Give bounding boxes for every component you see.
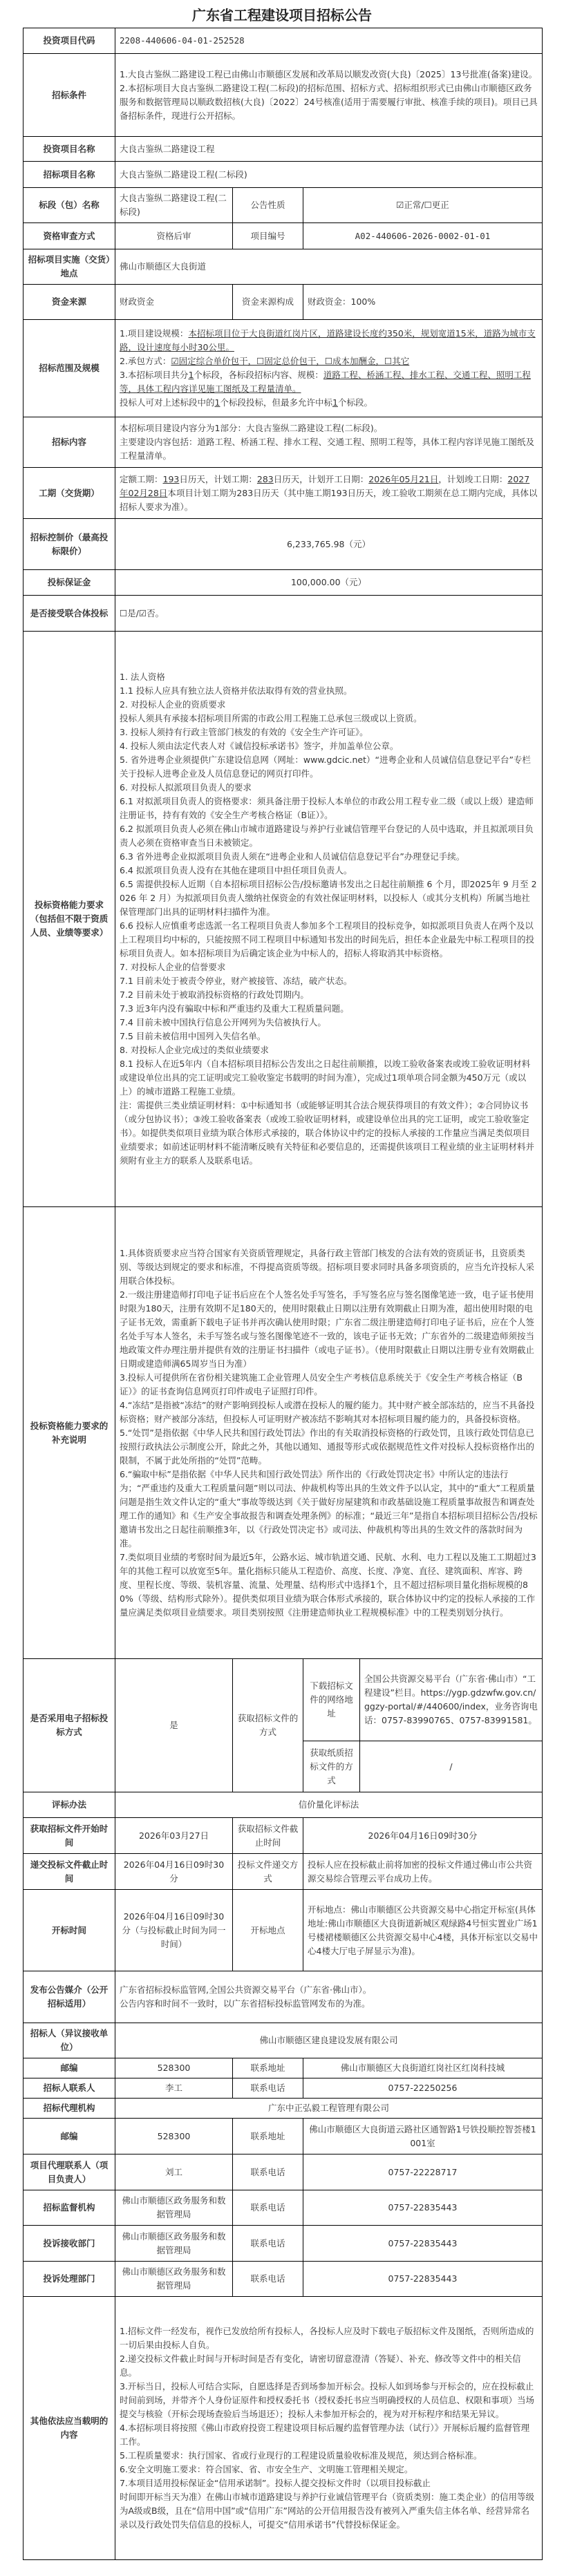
scope-line2-prefix: 2.承包方式： [120, 356, 171, 366]
label-content: 招标内容 [23, 417, 115, 468]
req-line: 1. 法人资格 [120, 670, 538, 684]
row-deposit: 投标保证金 100,000.00（元） [23, 570, 543, 596]
other-line: 3.开标当日，投标人可结合实际，自愿选择是否到场参加开标会。投标人如到场参与开标… [120, 2380, 538, 2421]
agency-address-value: 佛山市顺德区大良街道云路社区通智路1号铁投顺控智荟楼1001室 [303, 2119, 543, 2154]
row-qualification: 资格审查方式 资格后审 项目编号 A02-440606-2026-0002-01… [23, 223, 543, 249]
label-control-price: 招标控制价（最高投标限价） [23, 519, 115, 570]
submission-method-value: 投标人应在投标截止前将加密的投标文件通过佛山市公共资源交易综合管理云平台成功上传… [303, 1854, 543, 1890]
label-complaint-handle: 投诉处理部门 [23, 2262, 115, 2297]
row-tenderer-contact: 招标人联系人 李工 联系电话 0757-22250256 [23, 2078, 543, 2099]
label-doc-start: 获取招标文件开始时间 [23, 1818, 115, 1854]
supp-line: 2.一级注册建造师打印电子证书后应在个人签名处手写签名，手写签名应与签名图像笔迹… [120, 1288, 538, 1371]
investment-name-value: 大良古鉴纵二路建设工程 [115, 137, 543, 162]
paper-doc-value: / [360, 1741, 543, 1792]
evaluation-value: 信价量化评标法 [115, 1792, 543, 1818]
row-bid-conditions: 招标条件 1.大良古鉴纵二路建设工程已由佛山市顺德区发展和改革局以顺发改资(大良… [23, 54, 543, 137]
scope-line3-mid: 个标段，各标段招标内容、规模： [194, 370, 323, 380]
label-complaint-receive-phone: 联系电话 [233, 2226, 303, 2262]
other-value: 1.招标文件一经发布，视作已发放给所有投标人，各投标人应及时下载电子版招标文件及… [115, 2297, 543, 2560]
label-tenderer-postcode: 邮编 [23, 2058, 115, 2078]
bid-conditions-value: 1.大良古鉴纵二路建设工程已由佛山市顺德区发展和改革局以顺发改资(大良)〔202… [115, 54, 543, 137]
content-line-1: 本招标项目建设内容分为1部分：大良古鉴纵二路建设工程(二标段)。 [120, 422, 538, 435]
other-line: 6.安全文明施工要求：符合国家、省、市安全生产、文明施工管理相关规定。 [120, 2463, 538, 2476]
duration-start-date: 2026年05月21日 [368, 474, 438, 484]
supp-line: 6.“骗取中标”是指依据《中华人民共和国行政处罚法》所作出的《行政处罚决定书》中… [120, 1468, 538, 1551]
duration-text-c: 日历天，计划开工日期： [274, 474, 369, 484]
supervision-value: 佛山市顺德区政务服务和数据管理局 [115, 2190, 233, 2226]
complaint-handle-value: 佛山市顺德区政务服务和数据管理局 [115, 2262, 233, 2297]
scope-line4-b: 个标段投标，但最多允许中标 [220, 397, 332, 408]
req-line: 7.1 目前未处于被责令停业，财产被接管、冻结，破产状态。 [120, 974, 538, 988]
label-submission-deadline: 递交投标文件截止时间 [23, 1854, 115, 1890]
label-complaint-handle-phone: 联系电话 [233, 2262, 303, 2297]
req-line: 3. 投标人须持有行政主管部门核发的有效的《安全生产许可证》。 [120, 726, 538, 739]
label-scope: 招标范围及规模 [23, 320, 115, 417]
label-funding: 资金来源 [23, 285, 115, 320]
label-agency-phone: 联系电话 [233, 2154, 303, 2190]
row-submission: 递交投标文件截止时间 2026年04月16日09时30分 投标文件递交方式 投标… [23, 1854, 543, 1890]
duration-text-e: 本项目计划工期为283日历天（其中施工期193日历天，竣工验收工期须在总工期内完… [120, 488, 538, 512]
complaint-receive-value: 佛山市顺德区政务服务和数据管理局 [115, 2226, 233, 2262]
label-deposit: 投标保证金 [23, 570, 115, 596]
duration-text-b: 日历天，计划工期： [179, 474, 257, 484]
supplement-value: 1.具体资质要求应当符合国家有关资质管理规定，具备行政主管部门核发的合法有效的资… [115, 1207, 543, 1659]
label-consortium: 是否接受联合体投标 [23, 596, 115, 632]
opening-time-value: 2026年04月16日09时30分（与投标截止时间为同一时间） [115, 1890, 233, 1971]
label-bid-conditions: 招标条件 [23, 54, 115, 137]
scope-line3-prefix: 3.本招标项目共分 [120, 370, 188, 380]
row-complaint-handle: 投诉处理部门 佛山市顺德区政务服务和数据管理局 联系电话 0757-228354… [23, 2262, 543, 2297]
notice-table: 投资项目代码 2208-440606-04-01-252528 招标条件 1.大… [23, 28, 543, 2560]
label-tenderer: 招标人（异议接收单位） [23, 2023, 115, 2058]
content-value: 本招标项目建设内容分为1部分：大良古鉴纵二路建设工程(二标段)。 主要建设内容包… [115, 417, 543, 468]
other-line: 5.工程质量要求：执行国家、省或行业现行的工程建设质量验收标准及规范，须达到合格… [120, 2449, 538, 2463]
req-line: 6.2 拟派项目负责人必须在佛山市城市道路建设与养护行业诚信管理平台登记的人员中… [120, 822, 538, 850]
req-line: 2. 对投标人企业的资质要求 [120, 698, 538, 712]
label-investment-code: 投资项目代码 [23, 28, 115, 54]
other-line: 时间即开标当天为准）在佛山市城市道路建设与养护行业诚信管理平台（资质类别：施工类… [120, 2490, 538, 2532]
label-qualification: 资格审查方式 [23, 223, 115, 249]
req-line: 7.3 近3年内没有骗取中标和严重违约及重大工程质量问题。 [120, 1002, 538, 1016]
agency-phone-value: 0757-22228717 [303, 2154, 543, 2190]
scope-line1-prefix: 1.项目建设规模： [120, 328, 188, 339]
notice-nature-value: ☑正常/☐更正 [303, 188, 543, 223]
label-other: 其他依法应当载明的内容 [23, 2297, 115, 2560]
req-line: 6.1 对拟派项目负责人的资格要求：须具备注册于投标人本单位的市政公用工程专业二… [120, 795, 538, 822]
label-tender-name: 招标项目名称 [23, 162, 115, 188]
label-requirements: 投标资格能力要求（包括但不限于资质人员、业绩等要求） [23, 632, 115, 1207]
label-location: 招标项目实施（交货）地点 [23, 249, 115, 285]
req-line: 6.6 投标人应慎重考虑选派一名工程项目负责人参加多个工程项目的投标竞争，如拟派… [120, 919, 538, 960]
duration-text-d: ，计划竣工日期： [438, 474, 507, 484]
label-agency: 招标代理机构 [23, 2099, 115, 2119]
online-address-value[interactable]: 全国公共资源交易平台（广东省·佛山市）“工程建设”栏目。https://ygp.… [360, 1659, 543, 1741]
req-line: 6.3 省外进粤企业拟派项目负责人须在“进粤企业和人员诚信信息登记平台”办理登记… [120, 850, 538, 864]
row-duration: 工期（交货期） 定额工期：193日历天，计划工期：283日历天，计划开工日期：2… [23, 468, 543, 519]
req-line: 投标人须具有承接本招标项目所需的市政公用工程施工总承包三级或以上资质。 [120, 712, 538, 726]
req-line: 1.1 投标人应具有独立法人资格并依法取得有效的营业执照。 [120, 684, 538, 698]
agency-contact-value: 刘工 [115, 2154, 233, 2190]
row-doc-time: 获取招标文件开始时间 2026年03月27日 获取招标文件截止时间 2026年0… [23, 1818, 543, 1854]
agency-postcode-value: 528300 [115, 2119, 233, 2154]
row-investment-name: 投资项目名称 大良古鉴纵二路建设工程 [23, 137, 543, 162]
supp-line: 4.“冻结”是指被“冻结”的财产影响到投标人或潜在投标人的履约能力。其中财产被全… [120, 1399, 538, 1426]
row-tenderer-postcode: 邮编 528300 联系地址 佛山市顺德区大良街道红岗社区红岗科技城 [23, 2058, 543, 2078]
row-agency-postcode: 邮编 528300 联系地址 佛山市顺德区大良街道云路社区通智路1号铁投顺控智荟… [23, 2119, 543, 2154]
supervision-phone-value: 0757-22835443 [303, 2190, 543, 2226]
row-agency-contact: 项目代理联系人（项目负责人） 刘工 联系电话 0757-22228717 [23, 2154, 543, 2190]
req-line: 7. 对投标人企业的信誉要求 [120, 960, 538, 974]
req-line: 8.1 投标人在近5年内（自本招标项目招标公告发出之日起往前顺推，以竣工验收备案… [120, 1057, 538, 1099]
investment-code-value: 2208-440606-04-01-252528 [115, 28, 543, 54]
label-media: 发布公告媒介（公开招标适用） [23, 1971, 115, 2023]
row-location: 招标项目实施（交货）地点 佛山市顺德区大良街道 [23, 249, 543, 285]
tenderer-postcode-value: 528300 [115, 2058, 233, 2078]
label-supplement: 投标资格能力要求的补充说明 [23, 1207, 115, 1659]
row-e-bidding: 是否采用电子招标投标方式 是 获取招标文件的方式 下载招标文件的网络地址 全国公… [23, 1659, 543, 1741]
control-price-value: 6,233,765.98（元） [115, 519, 543, 570]
req-line: 5. 省外进粤企业须提供广东建设信息网（网址：www.gdcic.net）“进粤… [120, 753, 538, 781]
scope-line4-c: 个标段。 [338, 397, 373, 408]
tenderer-phone-value: 0757-22250256 [303, 2078, 543, 2099]
label-e-bidding: 是否采用电子招标投标方式 [23, 1659, 115, 1792]
row-consortium: 是否接受联合体投标 ☐是/☑否。 [23, 596, 543, 632]
req-line: 6.4 拟派项目负责人没有在其他在建项目中担任项目负责人。 [120, 864, 538, 878]
bid-condition-2: 2.本招标项目大良古鉴纵二路建设工程(二标段)的招标范围、招标方式、招标组织形式… [120, 82, 538, 123]
location-value: 佛山市顺德区大良街道 [115, 249, 543, 285]
row-funding: 资金来源 财政资金 资金来源构成 财政资金：100% [23, 285, 543, 320]
row-agency: 招标代理机构 广东中正弘毅工程管理有限公司 [23, 2099, 543, 2119]
req-line: 8. 对投标人企业完成过的类似业绩要求 [120, 1043, 538, 1057]
complaint-handle-phone-value: 0757-22835443 [303, 2262, 543, 2297]
label-investment-name: 投资项目名称 [23, 137, 115, 162]
supp-line: 7.类似项目业绩的考察时间为最近5年，公路水运、城市轨道交通、民航、水利、电力工… [120, 1551, 538, 1620]
other-line: 2.递交投标文件截止时间与开标时间是否有变化，请密切留意澄清（答疑）、补充、修改… [120, 2352, 538, 2380]
other-line: 7.本项目适用投标保证金“信用承诺制”。投标人提交投标文件时（以项目投标截止 [120, 2476, 538, 2490]
req-line: 7.2 目前未处于被取消投标资格的行政处罚期内。 [120, 988, 538, 1002]
label-agency-contact: 项目代理联系人（项目负责人） [23, 2154, 115, 2190]
doc-end-value: 2026年04月16日09时30分 [303, 1818, 543, 1854]
label-tenderer-phone: 联系电话 [233, 2078, 303, 2099]
consortium-value: ☐是/☑否。 [115, 596, 543, 632]
label-evaluation: 评标办法 [23, 1792, 115, 1818]
deposit-value: 100,000.00（元） [115, 570, 543, 596]
supp-line: 5.“处罚”是指依据《中华人民共和国行政处罚法》作出的有关取消投标资格的行政处罚… [120, 1426, 538, 1468]
label-section: 标段（包）名称 [23, 188, 115, 223]
label-supervision-phone: 联系电话 [233, 2190, 303, 2226]
label-online-address: 下载招标文件的网络地址 [303, 1659, 360, 1741]
tenderer-address-value: 佛山市顺德区大良街道红岗社区红岗科技城 [303, 2058, 543, 2078]
row-supplement: 投标资格能力要求的补充说明 1.具体资质要求应当符合国家有关资质管理规定，具备行… [23, 1207, 543, 1659]
label-duration: 工期（交货期） [23, 468, 115, 519]
label-supervision: 招标监督机构 [23, 2190, 115, 2226]
complaint-receive-phone-value: 0757-22835443 [303, 2226, 543, 2262]
row-supervision: 招标监督机构 佛山市顺德区政务服务和数据管理局 联系电话 0757-228354… [23, 2190, 543, 2226]
opening-place-value: 开标地点：佛山市顺德区公共资源交易中心指定开标室(具体地址:佛山市顺德区大良街道… [303, 1890, 543, 1971]
tenderer-value: 佛山市顺德区建良建设发展有限公司 [115, 2023, 543, 2058]
label-project-code: 项目编号 [233, 223, 303, 249]
scope-value: 1.项目建设规模：本招标项目位于大良街道红岗片区，道路建设长度约350米，规划宽… [115, 320, 543, 417]
row-complaint-receive: 投诉接收部门 佛山市顺德区政务服务和数据管理局 联系电话 0757-228354… [23, 2226, 543, 2262]
label-funding-composition: 资金来源构成 [233, 285, 303, 320]
submission-deadline-value: 2026年04月16日09时30分 [115, 1854, 233, 1890]
row-control-price: 招标控制价（最高投标限价） 6,233,765.98（元） [23, 519, 543, 570]
project-code-value: A02-440606-2026-0002-01-01 [303, 223, 543, 249]
label-notice-nature: 公告性质 [233, 188, 303, 223]
row-tenderer: 招标人（异议接收单位） 佛山市顺德区建良建设发展有限公司 [23, 2023, 543, 2058]
scope-line4-n2: 1 [332, 397, 338, 408]
row-content: 招标内容 本招标项目建设内容分为1部分：大良古鉴纵二路建设工程(二标段)。 主要… [23, 417, 543, 468]
label-agency-postcode: 邮编 [23, 2119, 115, 2154]
supp-line: 3.投标人可提供所在省份相关建筑施工企业管理人员安全生产考核信息系统关于《安全生… [120, 1371, 538, 1399]
supp-line: 1.具体资质要求应当符合国家有关资质管理规定，具备行政主管部门核发的合法有效的资… [120, 1247, 538, 1288]
tender-name-value: 大良古鉴纵二路建设工程(二标段) [115, 162, 543, 188]
row-section: 标段（包）名称 大良古鉴纵二路建设工程(二标段) 公告性质 ☑正常/☐更正 [23, 188, 543, 223]
req-line: 4. 投标人须由法定代表人对《诚信投标承诺书》签字，并加盖单位公章。 [120, 739, 538, 753]
row-investment-code: 投资项目代码 2208-440606-04-01-252528 [23, 28, 543, 54]
agency-value: 广东中正弘毅工程管理有限公司 [115, 2099, 543, 2119]
label-doc-method: 获取招标文件的方式 [233, 1659, 303, 1792]
label-paper-doc: 获取纸质招标文件的方式 [303, 1741, 360, 1792]
qualification-value: 资格后审 [115, 223, 233, 249]
funding-value: 财政资金 [115, 285, 233, 320]
row-tender-name: 招标项目名称 大良古鉴纵二路建设工程(二标段) [23, 162, 543, 188]
row-evaluation: 评标办法 信价量化评标法 [23, 1792, 543, 1818]
section-value: 大良古鉴纵二路建设工程(二标段) [115, 188, 233, 223]
other-line: 1.招标文件一经发布，视作已发放给所有投标人，各投标人应及时下载电子版招标文件及… [120, 2324, 538, 2352]
bid-condition-1: 1.大良古鉴纵二路建设工程已由佛山市顺德区发展和改革局以顺发改资(大良)〔202… [120, 68, 538, 82]
label-submission-method: 投标文件递交方式 [233, 1854, 303, 1890]
req-line: 7.4 目前未被中国执行信息公开网列为失信被执行人。 [120, 1016, 538, 1030]
label-doc-end: 获取招标文件截止时间 [233, 1818, 303, 1854]
e-bidding-value: 是 [115, 1659, 233, 1792]
req-line: 6.5 需提供投标人近期（自本招标项目招标公告/投标邀请书发出之日起往前顺推 6… [120, 878, 538, 919]
scope-line4-a: 投标人可对上述标段中的 [120, 397, 215, 408]
req-line: 注：需提供三类业绩证明材料：①中标通知书（或能够证明其合法合规获得项目的有效文件… [120, 1099, 538, 1168]
req-line: 6. 对投标人拟派项目负责人的要求 [120, 781, 538, 795]
tenderer-contact-value: 李工 [115, 2078, 233, 2099]
duration-quota-days: 193 [163, 474, 180, 484]
duration-plan-days: 283 [257, 474, 274, 484]
label-opening-place: 开标地点 [233, 1890, 303, 1971]
requirements-value: 1. 法人资格 1.1 投标人应具有独立法人资格并依法取得有效的营业执照。 2.… [115, 632, 543, 1207]
row-requirements: 投标资格能力要求（包括但不限于资质人员、业绩等要求） 1. 法人资格 1.1 投… [23, 632, 543, 1207]
label-complaint-receive: 投诉接收部门 [23, 2226, 115, 2262]
funding-composition-value: 财政资金：100% [303, 285, 543, 320]
content-line-2: 主要建设内容包括：道路工程、桥涵工程、排水工程、交通工程、照明工程等，具体工程内… [120, 435, 538, 463]
duration-text-a: 定额工期： [120, 474, 163, 484]
row-media: 发布公告媒介（公开招标适用） 广东省招标投标监管网,全国公共资源交易平台（广东省… [23, 1971, 543, 2023]
scope-contract-method: ☑固定综合单价包干，☐固定总价包干，☐成本加酬金，☐其它 [171, 356, 409, 366]
row-opening: 开标时间 2026年04月16日09时30分（与投标截止时间为同一时间） 开标地… [23, 1890, 543, 1971]
media-value: 广东省招标投标监管网,全国公共资源交易平台（广东省·佛山市）。 公告内容和时间不… [115, 1971, 543, 2023]
duration-value: 定额工期：193日历天，计划工期：283日历天，计划开工日期：2026年05月2… [115, 468, 543, 519]
media-line-1: 广东省招标投标监管网,全国公共资源交易平台（广东省·佛山市）。 [120, 1983, 538, 1997]
label-tenderer-contact: 招标人联系人 [23, 2078, 115, 2099]
row-other: 其他依法应当载明的内容 1.招标文件一经发布，视作已发放给所有投标人，各投标人应… [23, 2297, 543, 2560]
label-agency-address: 联系地址 [233, 2119, 303, 2154]
doc-start-value: 2026年03月27日 [115, 1818, 233, 1854]
other-line: 4.本招标项目将按照《佛山市政府投资工程建设项目标后履约监督管理办法（试行）》开… [120, 2421, 538, 2449]
label-opening-time: 开标时间 [23, 1890, 115, 1971]
req-line: 7.5 目前未被信用中国列入失信名单。 [120, 1030, 538, 1043]
media-line-2: 公告内容和时间不一致时，以广东省招标投标监管网发布的为准。 [120, 1997, 538, 2011]
row-scope: 招标范围及规模 1.项目建设规模：本招标项目位于大良街道红岗片区，道路建设长度约… [23, 320, 543, 417]
page-title: 广东省工程建设项目招标公告 [0, 6, 564, 25]
label-tenderer-address: 联系地址 [233, 2058, 303, 2078]
